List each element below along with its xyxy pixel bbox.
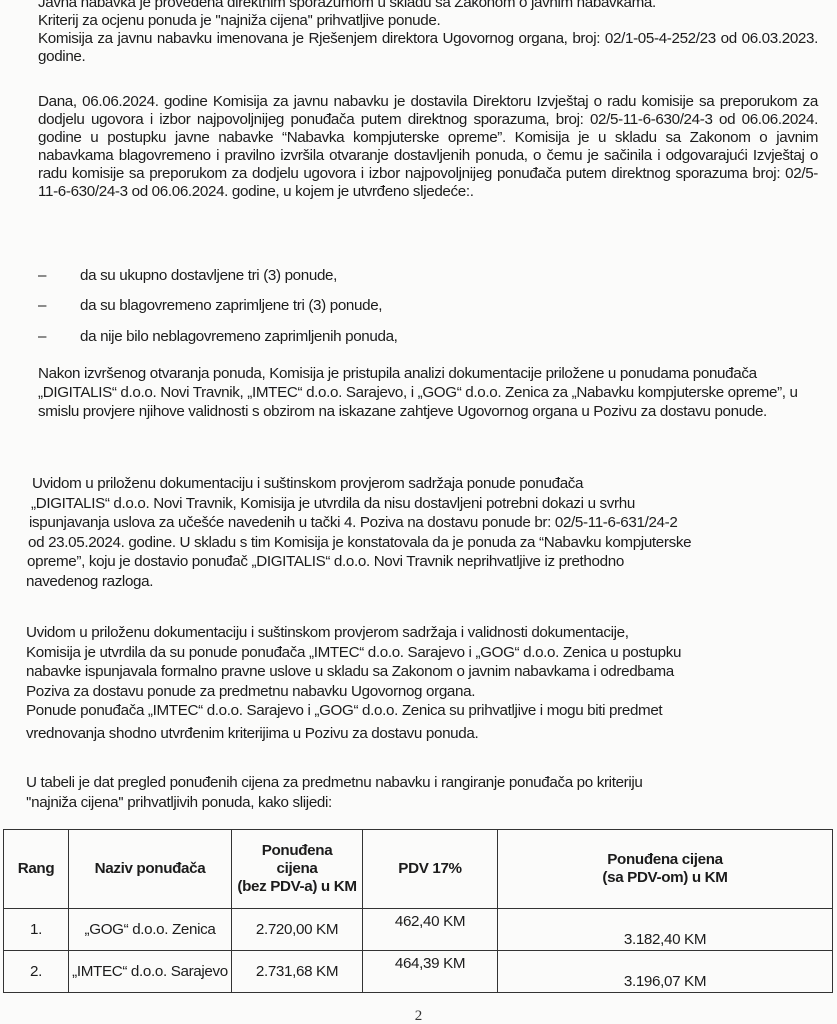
offers-ranking-table: Rang Naziv ponuđača Ponuđena cijena (bez… xyxy=(3,829,833,993)
cell-rank: 2. xyxy=(4,951,69,993)
cell-net-price: 2.731,68 KM xyxy=(232,951,363,993)
header-gross-price: Ponuđena cijena (sa PDV-om) u KM xyxy=(498,830,833,909)
commission-appointment-text: Komisija za javnu nabavku imenovana je R… xyxy=(38,30,818,66)
cell-bidder-name: „GOG“ d.o.o. Zenica xyxy=(69,909,232,951)
cell-net-price: 2.720,00 KM xyxy=(232,909,363,951)
criterion-text: Kriterij za ocjenu ponuda je ''najniža c… xyxy=(38,12,818,30)
page-number: 2 xyxy=(0,1008,837,1024)
cell-bidder-name: „IMTEC“ d.o.o. Sarajevo xyxy=(69,951,232,993)
table-row: 1. „GOG“ d.o.o. Zenica 2.720,00 KM 462,4… xyxy=(4,909,833,951)
cell-vat: 462,40 KM xyxy=(363,909,498,951)
valid-offers-paragraph: Uvidom u priloženu dokumentaciju i sušti… xyxy=(26,623,826,743)
cell-gross-price: 3.196,07 KM xyxy=(498,951,833,993)
header-net-price: Ponuđena cijena (bez PDV-a) u KM xyxy=(232,830,363,909)
report-paragraph: Dana, 06.06.2024. godine Komisija za jav… xyxy=(38,93,818,201)
table-header-row: Rang Naziv ponuđača Ponuđena cijena (bez… xyxy=(4,830,833,909)
table-intro-paragraph: U tabeli je dat pregled ponuđenih cijena… xyxy=(26,773,826,812)
analysis-paragraph: Nakon izvršenog otvaranja ponuda, Komisi… xyxy=(38,364,828,421)
digitalis-paragraph: Uvidom u priloženu dokumentaciju i sušti… xyxy=(20,474,820,591)
header-bidder-name: Naziv ponuđača xyxy=(69,830,232,909)
cell-gross-price: 3.182,40 KM xyxy=(498,909,833,951)
cell-vat: 464,39 KM xyxy=(363,951,498,993)
procurement-method-text: Javna nabavka je provedena direktnim spo… xyxy=(38,0,818,12)
header-rank: Rang xyxy=(4,830,69,909)
intro-block: Javna nabavka je provedena direktnim spo… xyxy=(38,0,818,66)
dash-bullet-icon: – xyxy=(38,328,46,346)
dash-bullet-icon: – xyxy=(38,297,46,315)
header-vat: PDV 17% xyxy=(363,830,498,909)
dash-bullet-icon: – xyxy=(38,267,46,285)
document-page: Javna nabavka je provedena direktnim spo… xyxy=(0,0,837,1024)
table-row: 2. „IMTEC“ d.o.o. Sarajevo 2.731,68 KM 4… xyxy=(4,951,833,993)
cell-rank: 1. xyxy=(4,909,69,951)
